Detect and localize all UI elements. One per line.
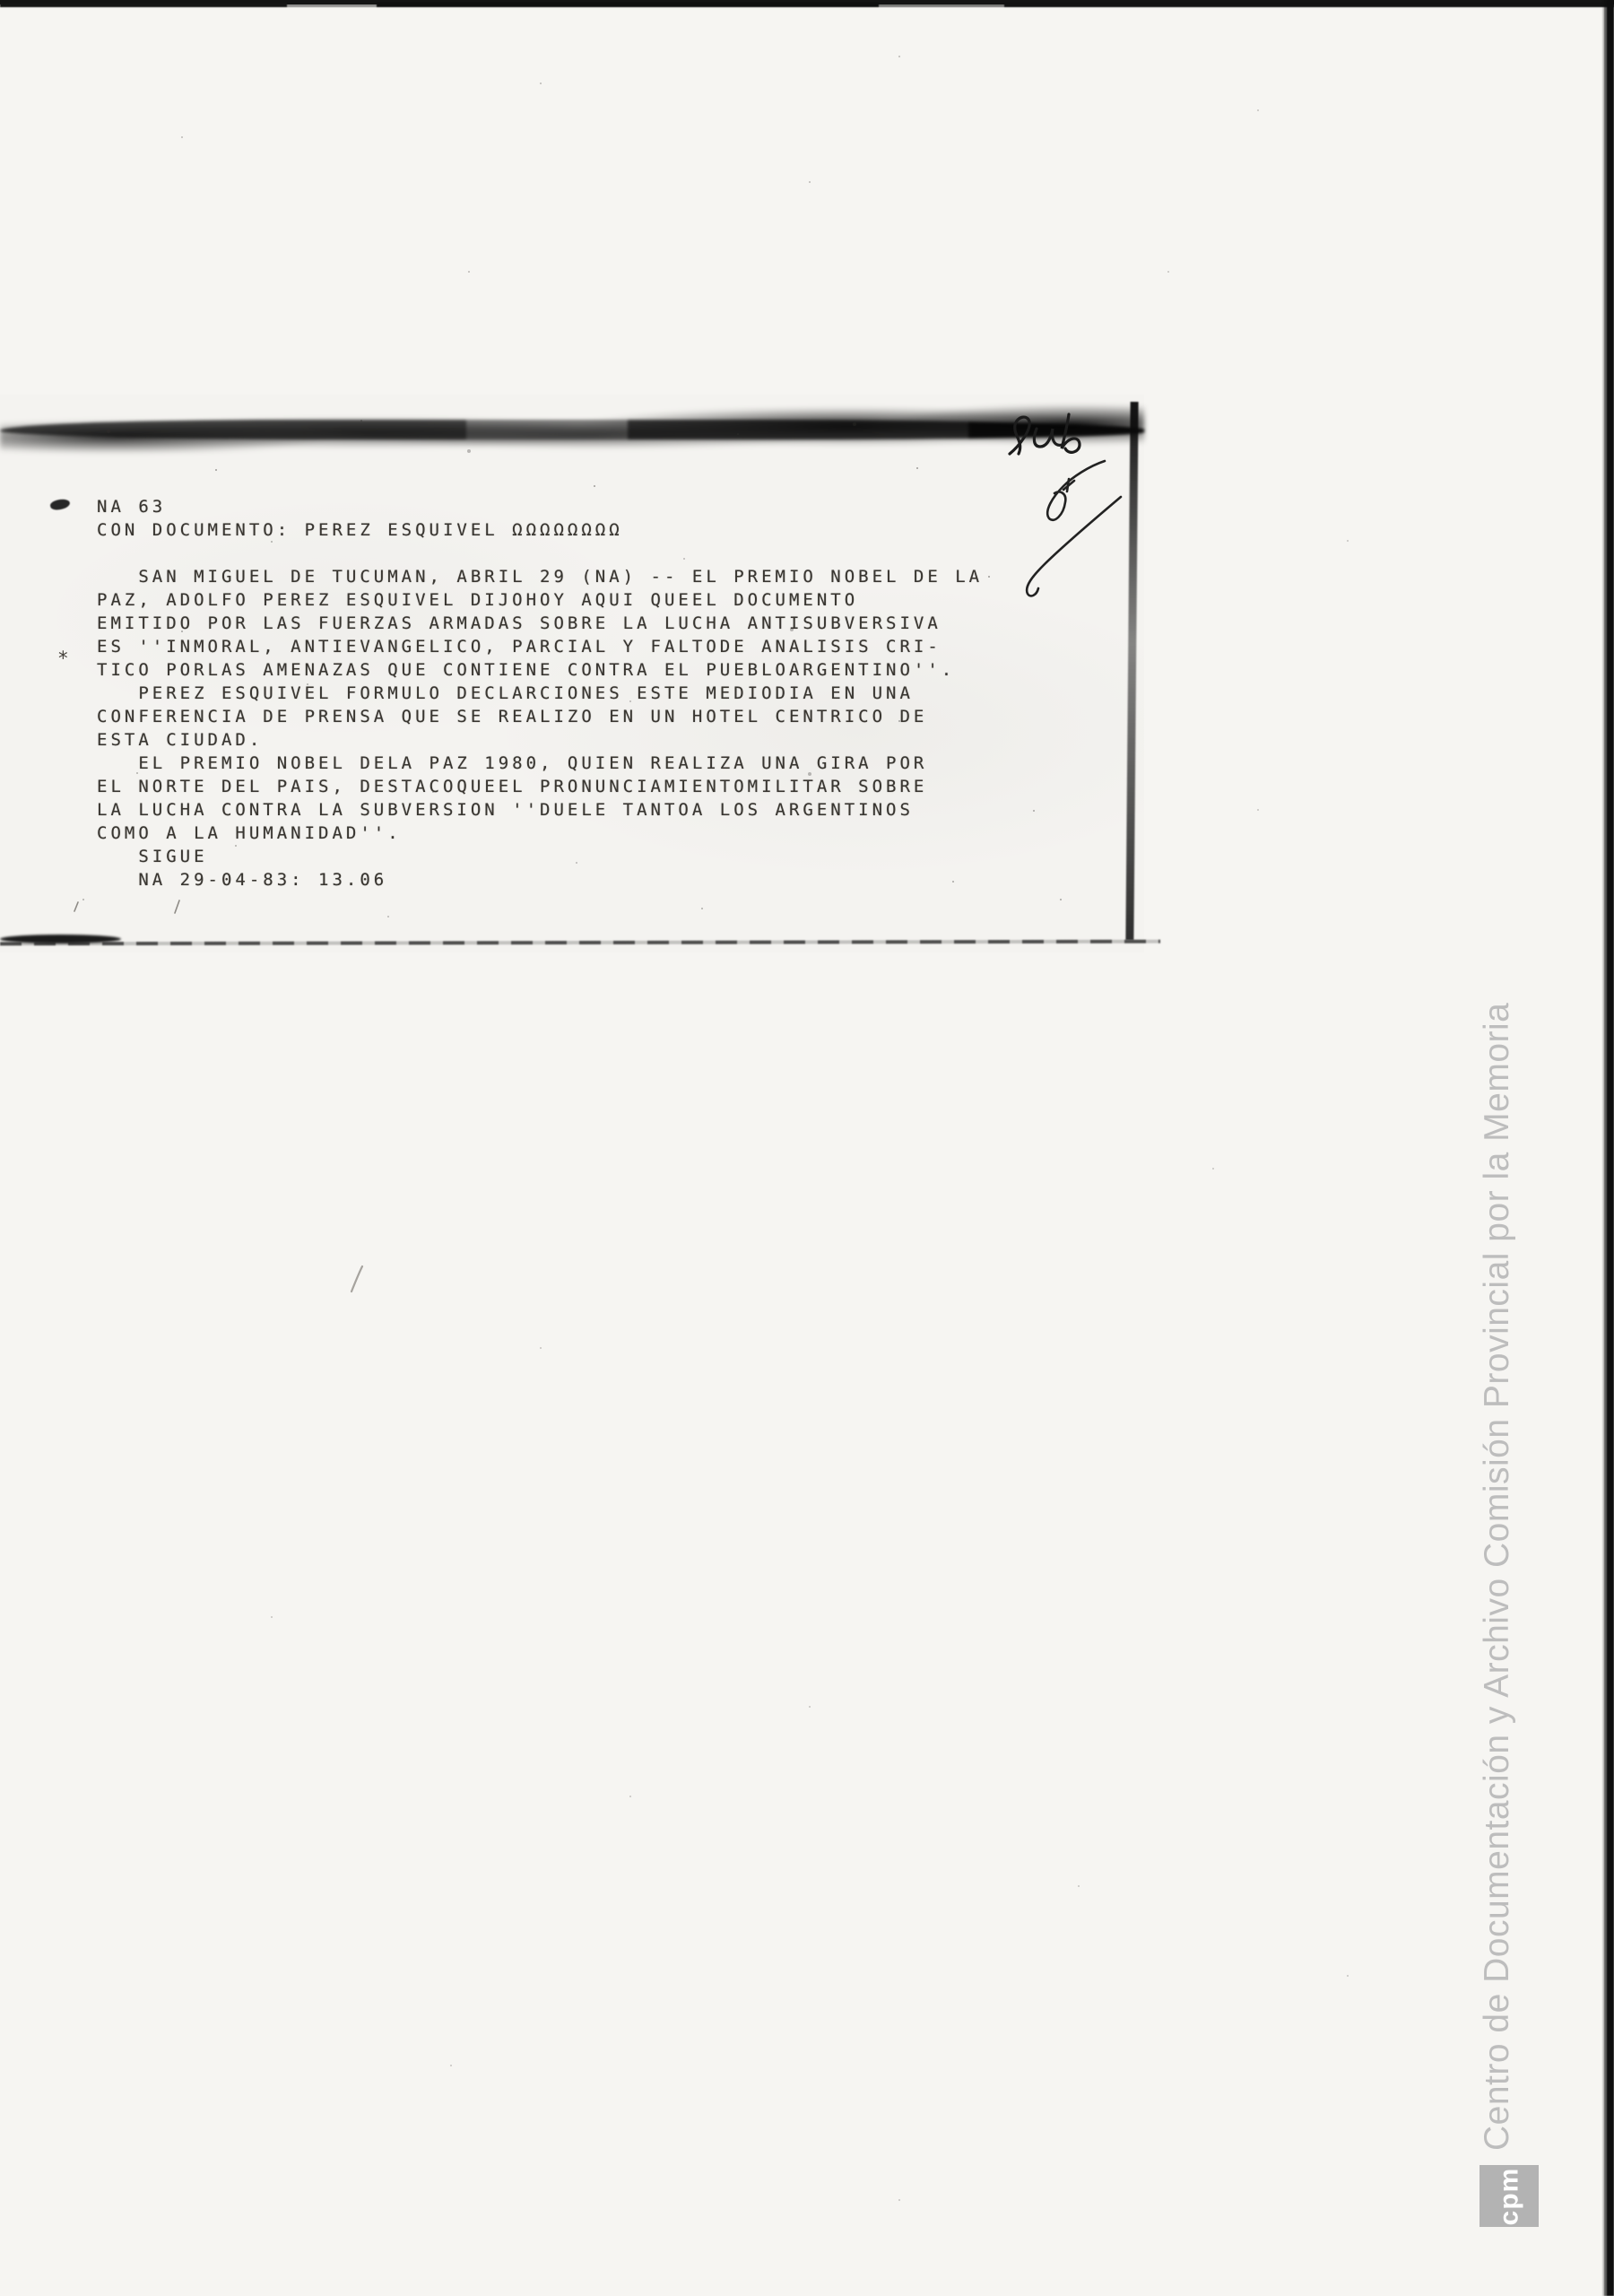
pencil-slash-mark bbox=[351, 1266, 362, 1291]
toner-smudge-band bbox=[0, 420, 1144, 439]
scanned-document-page: NA 63CON DOCUMENTO: PEREZ ESQUIVEL ΩΩΩΩΩ… bbox=[0, 0, 1614, 2296]
typewritten-line: NA 29-04-83: 13.06 bbox=[97, 868, 983, 891]
typewritten-line: SIGUE bbox=[97, 845, 983, 868]
cpm-logo: cpm bbox=[1479, 2165, 1539, 2227]
archive-watermark-text: Centro de Documentación y Archivo Comisi… bbox=[1478, 1065, 1526, 2151]
scan-artifact-top-edge bbox=[0, 3, 1614, 7]
scan-noise-speckles bbox=[0, 0, 2, 2]
typewritten-line: PEREZ ESQUIVEL FORMULO DECLARCIONES ESTE… bbox=[97, 682, 983, 705]
telex-sheet-bottom-edge bbox=[0, 935, 121, 944]
typewritten-line: NA 63 bbox=[97, 495, 983, 518]
typewritten-line: EL NORTE DEL PAIS, DESTACOQUEEL PRONUNCI… bbox=[97, 775, 983, 798]
typewritten-line: ES ''INMORAL, ANTIEVANGELICO, PARCIAL Y … bbox=[97, 635, 983, 658]
typewritten-line: CONFERENCIA DE PRENSA QUE SE REALIZO EN … bbox=[97, 705, 983, 728]
typewritten-line: ESTA CIUDAD. bbox=[97, 728, 983, 752]
cpm-logo-label: cpm bbox=[1494, 2167, 1524, 2225]
margin-asterisk: * bbox=[57, 648, 69, 669]
typewritten-line: COMO A LA HUMANIDAD''. bbox=[97, 822, 983, 845]
typewritten-line: TICO PORLAS AMENAZAS QUE CONTIENE CONTRA… bbox=[97, 658, 983, 682]
scan-artifact-right-edge bbox=[1601, 0, 1614, 2296]
typewritten-line: CON DOCUMENTO: PEREZ ESQUIVEL ΩΩΩΩΩΩΩΩ bbox=[97, 518, 983, 542]
typewritten-text: NA 63CON DOCUMENTO: PEREZ ESQUIVEL ΩΩΩΩΩ… bbox=[97, 495, 983, 891]
typewritten-line: PAZ, ADOLFO PEREZ ESQUIVEL DIJOHOY AQUI … bbox=[97, 588, 983, 612]
handwritten-annotations-layer bbox=[0, 0, 1614, 2296]
typewritten-line: LA LUCHA CONTRA LA SUBVERSION ''DUELE TA… bbox=[97, 798, 983, 822]
typewritten-line: EL PREMIO NOBEL DELA PAZ 1980, QUIEN REA… bbox=[97, 752, 983, 775]
typewritten-line: EMITIDO POR LAS FUERZAS ARMADAS SOBRE LA… bbox=[97, 612, 983, 635]
typewritten-line bbox=[97, 542, 983, 565]
typewritten-line: SAN MIGUEL DE TUCUMAN, ABRIL 29 (NA) -- … bbox=[97, 565, 983, 588]
